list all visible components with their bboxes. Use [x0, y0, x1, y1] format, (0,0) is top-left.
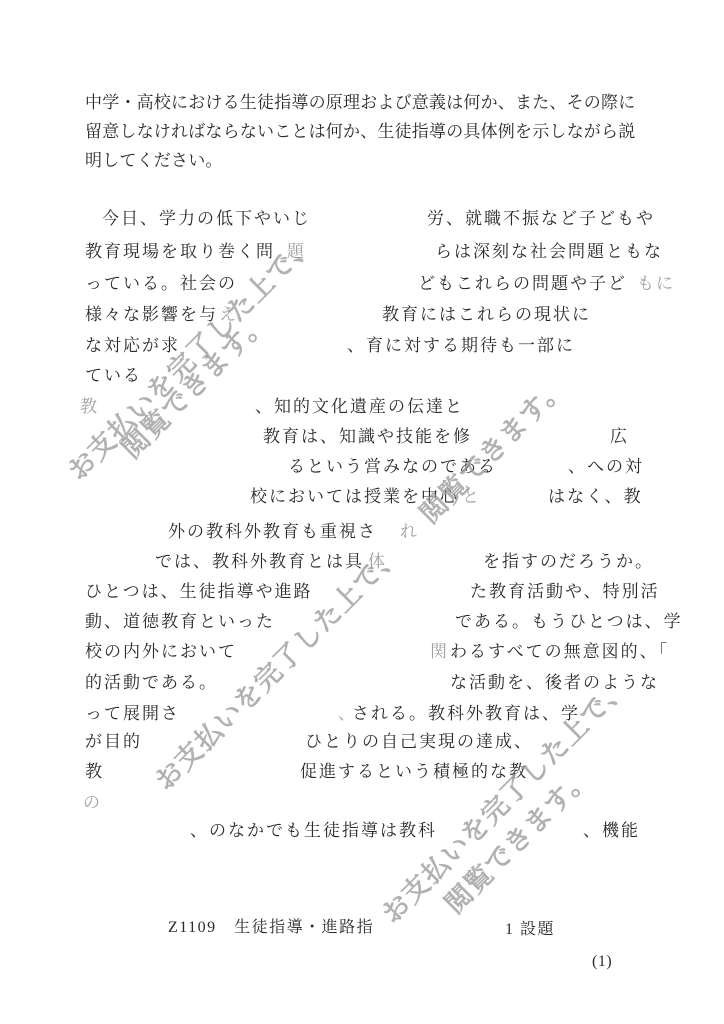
text-line-segment: である。もうひとつは、学	[455, 613, 683, 632]
text-line-segment: わるすべての無意図的、「	[450, 643, 669, 662]
footer-assignment-label: 1 設題	[505, 916, 555, 939]
text-line-segment: 関	[430, 643, 449, 662]
text-line-segment: 今日、学力の低下やいじ	[102, 210, 311, 229]
text-line-segment: 、機能	[583, 822, 640, 841]
text-line-segment: はなく、教	[548, 488, 643, 507]
text-line-segment: 動、道徳教育といった	[85, 613, 275, 632]
text-line-segment: 明してください。	[85, 152, 223, 171]
text-line-segment: 校の内外において	[85, 643, 237, 662]
text-line-segment: 、知的文化遺産の伝達と	[255, 398, 464, 417]
text-line-segment: では、教科外教育とは具	[155, 553, 364, 572]
text-line-segment: っている。社会の	[85, 275, 237, 294]
text-line-segment: って展開さ	[85, 705, 180, 724]
text-line-segment: 、育に対する期待も一部に	[347, 337, 575, 356]
text-line-segment: ひとりの自己実現の達成、	[305, 733, 533, 752]
footer-course-code: Z1109 生徒指導・進路指	[168, 914, 374, 937]
text-line-segment: た教育活動や、特別活	[470, 583, 660, 602]
text-line-segment: 促進するという積極的な教	[300, 763, 528, 782]
text-line-segment: な対応が求	[85, 337, 180, 356]
text-line-segment: ている	[85, 367, 142, 386]
text-line-segment: が目的	[85, 733, 142, 752]
text-line-segment: 外の教科外教育も重視さ	[168, 523, 377, 542]
text-line-segment: 中学・高校における生徒指導の原理および意義は何か、また、その際に	[85, 94, 635, 113]
document-text-layer: 中学・高校における生徒指導の原理および意義は何か、また、その際に留意しなければな…	[0, 0, 724, 1024]
page-number: (1)	[592, 953, 612, 971]
text-line-segment: 教育にはこれらの現状に	[382, 306, 591, 325]
text-line-segment: 教	[85, 763, 104, 782]
text-line-segment: 労、就職不振など子どもや	[427, 210, 655, 229]
text-line-segment: もに	[637, 275, 675, 294]
text-line-segment: 様々な影響を与	[85, 306, 218, 325]
text-line-segment: 教育現場を取り巻く問	[85, 243, 275, 262]
text-line-segment: される。教科外教育は、学	[352, 705, 580, 724]
text-line-segment: 広	[610, 428, 629, 447]
text-line-segment: どもこれらの問題や子ど	[418, 275, 627, 294]
text-line-segment: 、への対	[568, 458, 644, 477]
text-line-segment: 教	[80, 398, 99, 417]
document-page: お支払いを完了した上で、閲覧できます。閲覧できます。お支払いを完了した上で、お支…	[0, 0, 724, 1024]
text-line-segment: を指すのだろうか。	[483, 553, 654, 572]
text-line-segment: れ	[400, 523, 419, 542]
text-line-segment: ひとつは、生徒指導や進路	[85, 583, 313, 602]
text-line-segment: 的活動である。	[85, 674, 218, 693]
text-line-segment: 教育は、知識や技能を修	[263, 428, 472, 447]
text-line-segment: の	[83, 794, 102, 813]
text-line-segment: 、のなかでも生徒指導は教科	[190, 822, 437, 841]
text-line-segment: 留意しなければならないことは何か、生徒指導の具体例を示しながら説	[85, 123, 635, 142]
text-line-segment: らは深刻な社会問題ともな	[435, 243, 663, 262]
